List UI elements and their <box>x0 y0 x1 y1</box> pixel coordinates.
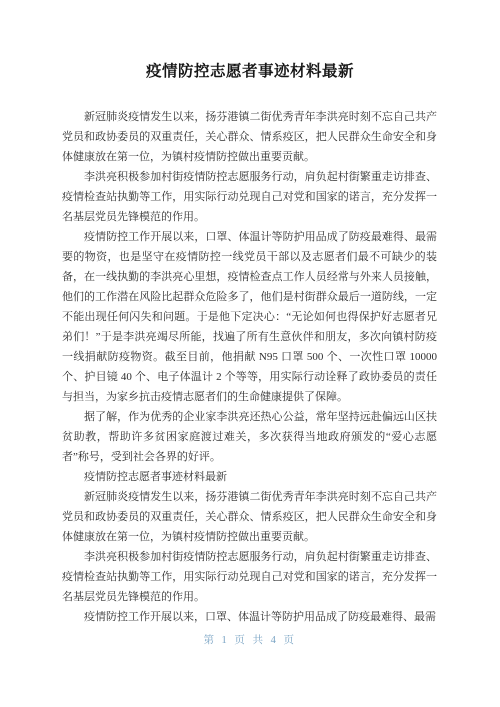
page-footer: 第 1 页 共 4 页 <box>0 633 500 649</box>
paragraph: 李洪亮积极参加村街疫情防控志愿服务行动，肩负起村街繁重走访排查、疫情检查站执勤等… <box>62 547 437 607</box>
document-page: 疫情防控志愿者事迹材料最新 新冠肺炎疫情发生以来，扬芬港镇二街优秀青年李洪亮时刻… <box>0 0 500 707</box>
document-body: 新冠肺炎疫情发生以来，扬芬港镇二街优秀青年李洪亮时刻不忘自己共产党员和政协委员的… <box>62 107 437 627</box>
paragraph: 新冠肺炎疫情发生以来，扬芬港镇二街优秀青年李洪亮时刻不忘自己共产党员和政协委员的… <box>62 487 437 547</box>
paragraph: 疫情防控志愿者事迹材料最新 <box>62 467 437 487</box>
paragraph: 李洪亮积极参加村街疫情防控志愿服务行动，肩负起村街繁重走访排查、疫情检查站执勤等… <box>62 167 437 227</box>
document-title: 疫情防控志愿者事迹材料最新 <box>0 0 500 82</box>
paragraph: 据了解，作为优秀的企业家李洪亮还热心公益，常年坚持远赴偏远山区扶贫助教，帮助许多… <box>62 407 437 467</box>
paragraph: 新冠肺炎疫情发生以来，扬芬港镇二街优秀青年李洪亮时刻不忘自己共产党员和政协委员的… <box>62 107 437 167</box>
paragraph: 疫情防控工作开展以来，口罩、体温计等防护用品成了防疫最难得、最需要的物资，也是坚… <box>62 227 437 407</box>
paragraph: 疫情防控工作开展以来，口罩、体温计等防护用品成了防疫最难得、最需 <box>62 607 437 627</box>
page-number-text: 第 1 页 共 4 页 <box>203 635 296 646</box>
